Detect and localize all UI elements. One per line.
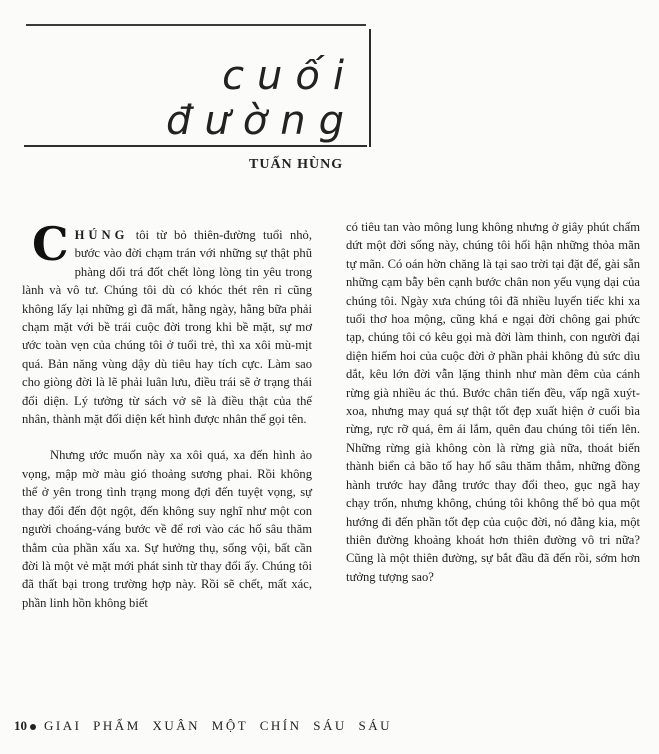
- author-byline: TUẤN HÙNG: [249, 157, 343, 173]
- article-title-line-1: cuối: [222, 53, 357, 99]
- lead-caps: HÚNG: [75, 228, 129, 242]
- title-top-rule: [26, 24, 366, 26]
- left-column: CHÚNG tôi từ bỏ thiên-đường tuổi nhỏ, bư…: [22, 226, 312, 612]
- title-right-rule: [369, 29, 371, 147]
- article-title-line-2: đường: [166, 98, 357, 144]
- title-bottom-rule: [24, 145, 367, 147]
- title-box: cuối đường: [24, 23, 369, 147]
- right-column: có tiêu tan vào mông lung không nhưng ở …: [346, 218, 640, 586]
- page-number: 10: [14, 718, 27, 733]
- paragraph-1: CHÚNG tôi từ bỏ thiên-đường tuổi nhỏ, bư…: [22, 226, 312, 428]
- page-footer: 10GIAI PHẨM XUÂN MỘT CHÍN SÁU SÁU: [14, 718, 392, 734]
- bullet-icon: [30, 724, 36, 730]
- drop-cap: C: [32, 224, 69, 264]
- paragraph-2: Nhưng ước muốn này xa xôi quá, xa đến hì…: [22, 446, 312, 612]
- paragraph-3: có tiêu tan vào mông lung không nhưng ở …: [346, 218, 640, 586]
- publication-name: GIAI PHẨM XUÂN MỘT CHÍN SÁU SÁU: [44, 718, 392, 733]
